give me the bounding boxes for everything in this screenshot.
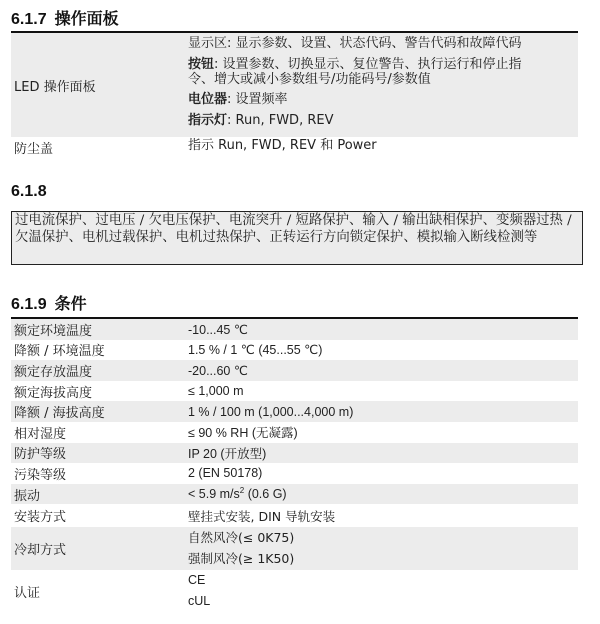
conditions-table: 额定环境温度 -10...45 ℃ 降额 / 环境温度 1.5 % / 1 ℃ … [11, 317, 578, 612]
display-area-line: 显示区: 显示参数、设置、状态代码、警告代码和故障代码 [188, 34, 578, 55]
section-title: 条件 [55, 296, 87, 313]
row-value: -10...45 ℃ [188, 319, 578, 340]
table-row: 防护等级 IP 20 (开放型) [11, 443, 578, 464]
section-number: 6.1.8 [11, 183, 47, 200]
row-label: 额定存放温度 [11, 360, 188, 381]
row-label: 认证 [11, 570, 188, 612]
row-value: < 5.9 m/s2 (0.6 G) [188, 484, 578, 505]
table-row-dust-cover: 防尘盖 指示 Run, FWD, REV 和 Power [11, 137, 578, 157]
protection-features-box: 过电流保护、过电压 / 欠电压保护、电流突升 / 短路保护、输入 / 输出缺相保… [11, 211, 583, 265]
indicator-line: 指示灯: Run, FWD, REV [188, 111, 578, 132]
item-text-continued: 令、增大或减小参数组号/功能码号/参数值 [188, 72, 431, 87]
row-value: 1.5 % / 1 ℃ (45...55 ℃) [188, 340, 578, 361]
row-value: ≤ 1,000 m [188, 381, 578, 402]
row-value: -20...60 ℃ [188, 360, 578, 381]
value-line: cUL [188, 591, 578, 612]
row-value: 显示区: 显示参数、设置、状态代码、警告代码和故障代码 按钮: 设置参数、切换显… [188, 33, 578, 137]
item-key: 显示区 [188, 36, 227, 51]
row-value: CE cUL [188, 570, 578, 612]
value-text: 指示 Run, FWD, REV 和 Power [188, 137, 578, 157]
value-line: 强制风冷(≥ 1K50) [188, 549, 578, 570]
section-number: 6.1.9 [11, 296, 47, 313]
row-label: 安装方式 [11, 504, 188, 527]
item-key: 电位器 [188, 92, 227, 107]
row-value: ≤ 90 % RH (无凝露) [188, 422, 578, 443]
value-text: < 5.9 m/s [188, 487, 240, 501]
row-label: 冷却方式 [11, 527, 188, 570]
operation-panel-table: LED 操作面板 显示区: 显示参数、设置、状态代码、警告代码和故障代码 按钮:… [11, 31, 578, 157]
row-value: IP 20 (开放型) [188, 443, 578, 464]
value-line: 自然风冷(≤ 0K75) [188, 528, 578, 549]
row-label: 振动 [11, 484, 188, 505]
section-title: 操作面板 [55, 11, 119, 28]
table-row-led-panel: LED 操作面板 显示区: 显示参数、设置、状态代码、警告代码和故障代码 按钮:… [11, 33, 578, 137]
item-key: 指示灯 [188, 113, 227, 128]
section-6-1-8-heading: 6.1.8 [11, 183, 47, 201]
table-row: 认证 CE cUL [11, 570, 578, 612]
item-text: 设置参数、切换显示、复位警告、执行运行和停止指 [218, 57, 521, 72]
row-label: 污染等级 [11, 463, 188, 484]
section-6-1-7-heading: 6.1.7操作面板 [11, 6, 119, 29]
item-text: 设置频率 [231, 92, 287, 107]
row-label: LED 操作面板 [11, 33, 188, 137]
row-value: 1 % / 100 m (1,000...4,000 m) [188, 401, 578, 422]
table-row: 降额 / 海拔高度 1 % / 100 m (1,000...4,000 m) [11, 401, 578, 422]
row-value: 指示 Run, FWD, REV 和 Power [188, 137, 578, 157]
table-row: 振动 < 5.9 m/s2 (0.6 G) [11, 484, 578, 505]
buttons-line: 按钮: 设置参数、切换显示、复位警告、执行运行和停止指令、增大或减小参数组号/功… [188, 55, 578, 90]
table-row: 额定海拔高度 ≤ 1,000 m [11, 381, 578, 402]
item-text: 显示参数、设置、状态代码、警告代码和故障代码 [231, 36, 521, 51]
row-label: 降额 / 环境温度 [11, 340, 188, 361]
table-row: 额定环境温度 -10...45 ℃ [11, 319, 578, 340]
row-label: 降额 / 海拔高度 [11, 401, 188, 422]
table-row: 降额 / 环境温度 1.5 % / 1 ℃ (45...55 ℃) [11, 340, 578, 361]
row-label: 额定环境温度 [11, 319, 188, 340]
table-row: 额定存放温度 -20...60 ℃ [11, 360, 578, 381]
table-row: 安装方式 壁挂式安装, DIN 导轨安装 [11, 504, 578, 527]
row-label: 相对湿度 [11, 422, 188, 443]
row-label: 防尘盖 [11, 137, 188, 157]
table-row: 冷却方式 自然风冷(≤ 0K75) 强制风冷(≥ 1K50) [11, 527, 578, 570]
table-row: 相对湿度 ≤ 90 % RH (无凝露) [11, 422, 578, 443]
value-text: (0.6 G) [244, 487, 286, 501]
item-key: 按钮 [188, 57, 214, 72]
row-label: 防护等级 [11, 443, 188, 464]
row-label: 额定海拔高度 [11, 381, 188, 402]
item-text: Run, FWD, REV [231, 113, 333, 128]
row-value: 自然风冷(≤ 0K75) 强制风冷(≥ 1K50) [188, 527, 578, 570]
row-value: 2 (EN 50178) [188, 463, 578, 484]
section-number: 6.1.7 [11, 11, 47, 28]
value-line: CE [188, 570, 578, 591]
table-row: 污染等级 2 (EN 50178) [11, 463, 578, 484]
row-value: 壁挂式安装, DIN 导轨安装 [188, 504, 578, 527]
potentiometer-line: 电位器: 设置频率 [188, 90, 578, 111]
section-6-1-9-heading: 6.1.9条件 [11, 291, 87, 314]
